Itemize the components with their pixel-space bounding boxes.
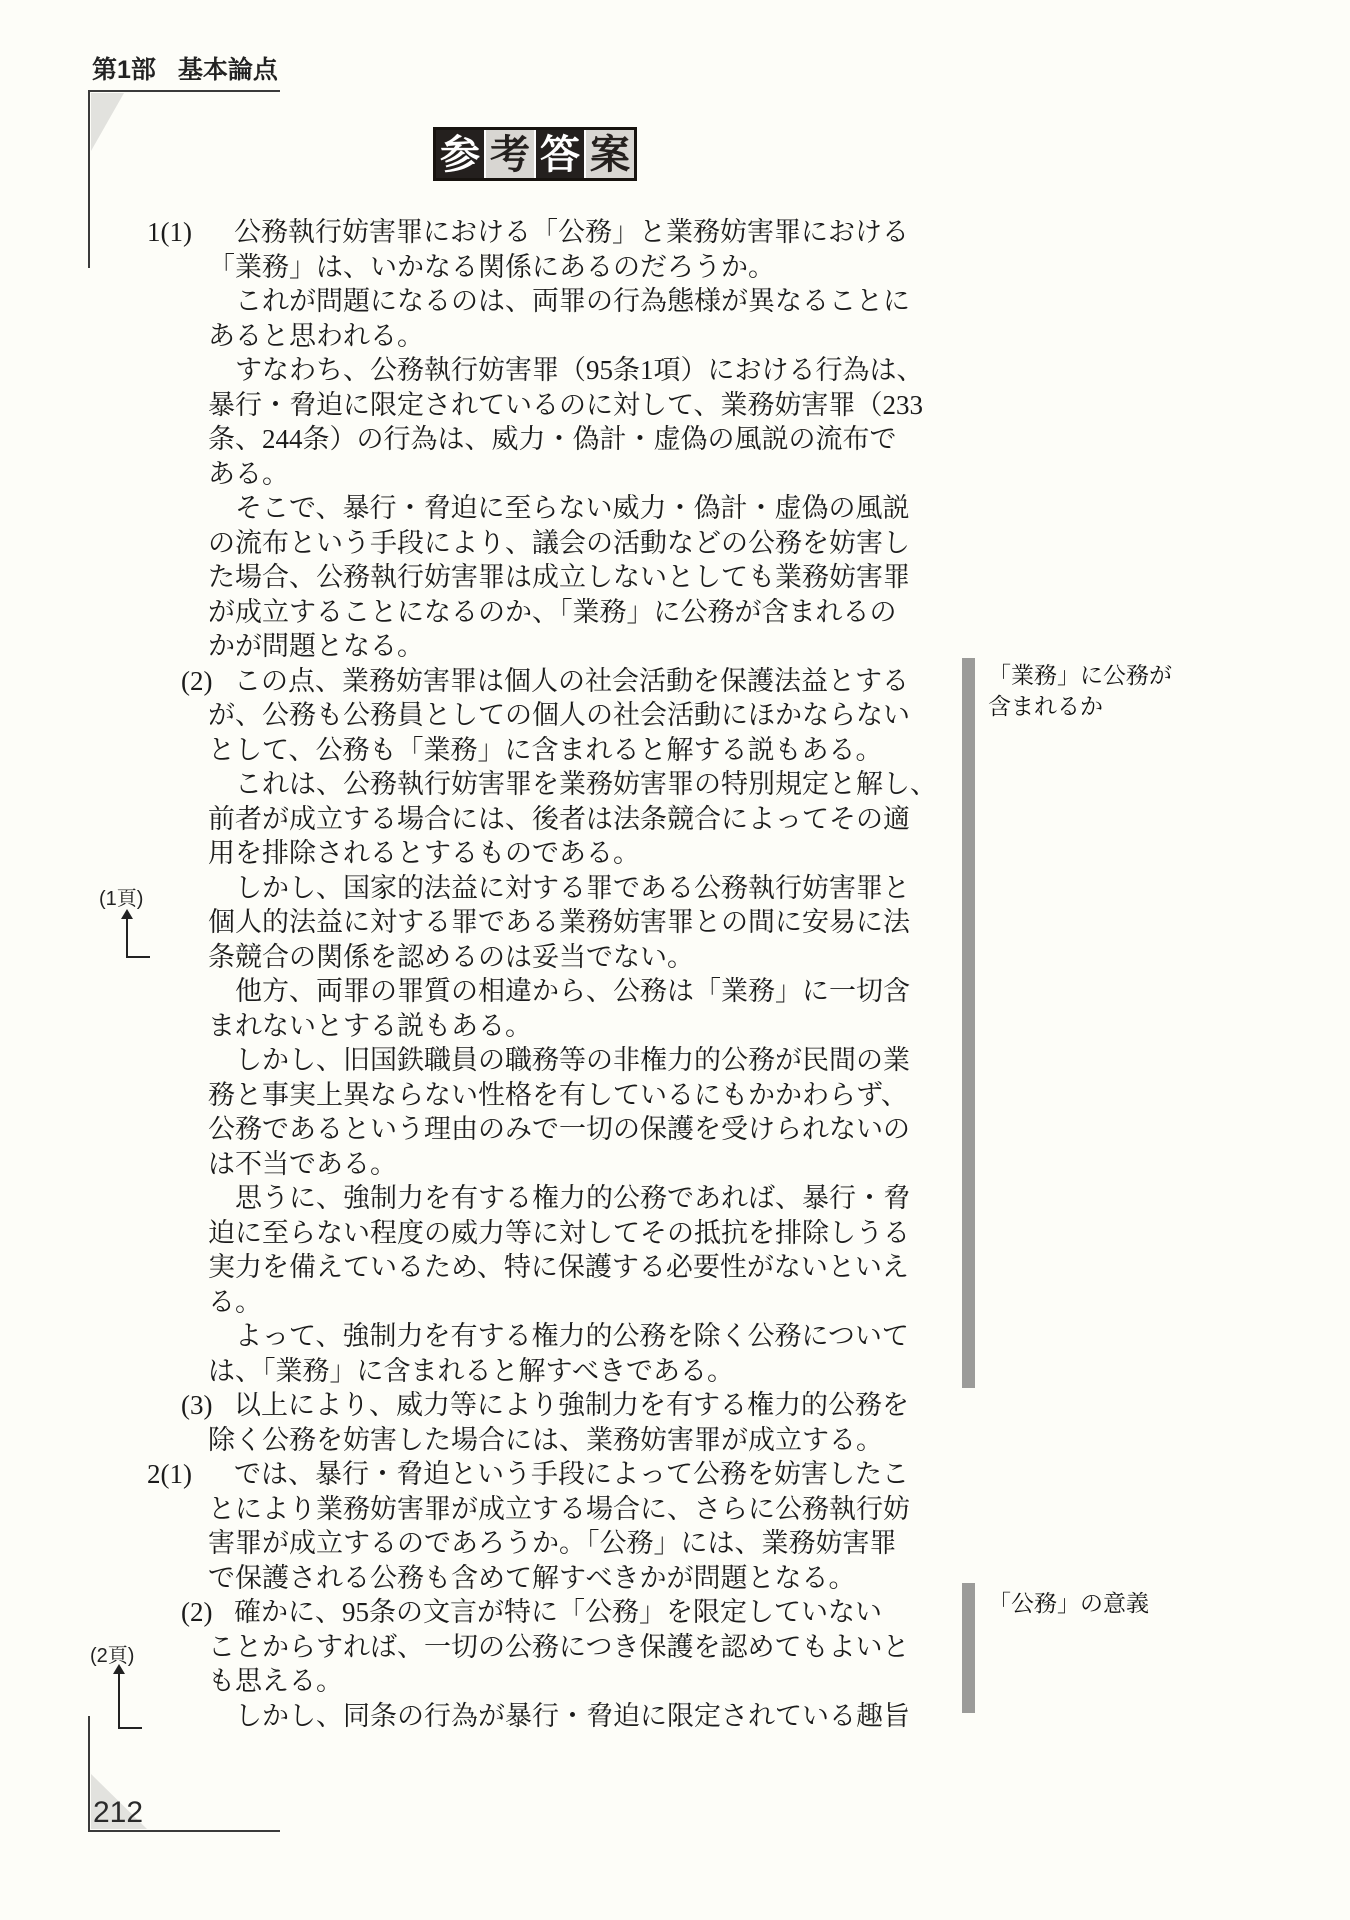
- line-text: よって、強制力を有する権力的公務を除く公務について: [208, 1319, 909, 1354]
- body-line: 用を排除されるとするものである。: [0, 836, 1000, 871]
- list-marker: (2): [181, 1595, 212, 1630]
- corner-triangle-top: [91, 93, 124, 151]
- list-marker: (2): [181, 664, 212, 699]
- body-line: ある。: [0, 457, 1000, 492]
- body-line: る。: [0, 1285, 1000, 1320]
- line-text: た場合、公務執行妨害罪は成立しないとしても業務妨害罪: [208, 560, 910, 595]
- section-label: 基本論点: [178, 56, 278, 84]
- line-text: の流布という手段により、議会の活動などの公務を妨害し: [208, 526, 910, 561]
- body-line: 他方、両罪の罪質の相違から、公務は「業務」に一切含: [0, 974, 1000, 1009]
- line-text: そこで、暴行・脅迫に至らない威力・偽計・虚偽の風説: [208, 491, 909, 526]
- answer-title-box: 参考答案: [433, 127, 637, 181]
- line-text: とにより業務妨害罪が成立する場合に、さらに公務執行妨: [208, 1492, 910, 1527]
- body-line: とにより業務妨害罪が成立する場合に、さらに公務執行妨: [0, 1492, 1000, 1527]
- body-line: (2)確かに、95条の文言が特に「公務」を限定していない: [0, 1595, 1000, 1630]
- margin-bar-2: [962, 1583, 975, 1713]
- list-marker: 2(1): [147, 1457, 192, 1492]
- body-line: が、公務も公務員としての個人の社会活動にほかならない: [0, 698, 1000, 733]
- body-line: 除く公務を妨害した場合には、業務妨害罪が成立する。: [0, 1423, 1000, 1458]
- line-text: しかし、旧国鉄職員の職務等の非権力的公務が民間の業: [208, 1043, 910, 1078]
- left-border-bottom: [88, 1716, 90, 1832]
- body-line: で保護される公務も含めて解すべきかが問題となる。: [0, 1561, 1000, 1596]
- page-marker-arrow-1: [126, 918, 150, 958]
- title-char-0: 参: [436, 130, 484, 178]
- line-text: 暴行・脅迫に限定されているのに対して、業務妨害罪（233: [208, 388, 923, 423]
- margin-note-line: 「業務」に公務が: [988, 660, 1172, 691]
- line-text: 前者が成立する場合には、後者は法条競合によってその適: [208, 802, 910, 837]
- line-text: は、「業務」に含まれると解すべきである。: [208, 1354, 734, 1389]
- running-header: 第1部基本論点: [92, 50, 278, 86]
- line-text: かが問題となる。: [208, 629, 424, 664]
- line-text: 公務執行妨害罪における「公務」と業務妨害罪における: [234, 215, 909, 250]
- line-text: まれないとする説もある。: [208, 1009, 532, 1044]
- line-text: る。: [208, 1285, 262, 1320]
- body-line: かが問題となる。: [0, 629, 1000, 664]
- body-line: しかし、旧国鉄職員の職務等の非権力的公務が民間の業: [0, 1043, 1000, 1078]
- line-text: は不当である。: [208, 1147, 397, 1182]
- body-line: 「業務」は、いかなる関係にあるのだろうか。: [0, 250, 1000, 285]
- line-text: 実力を備えているため、特に保護する必要性がないといえ: [208, 1250, 909, 1285]
- line-text: 確かに、95条の文言が特に「公務」を限定していない: [234, 1595, 882, 1630]
- line-text: 務と事実上異ならない性格を有しているにもかかわらず、: [208, 1078, 908, 1113]
- body-line: (3)以上により、威力等により強制力を有する権力的公務を: [0, 1388, 1000, 1423]
- body-line: 思うに、強制力を有する権力的公務であれば、暴行・脅: [0, 1181, 1000, 1216]
- line-text: 公務であるという理由のみで一切の保護を受けられないの: [208, 1112, 910, 1147]
- line-text: も思える。: [208, 1664, 343, 1699]
- body-line: 公務であるという理由のみで一切の保護を受けられないの: [0, 1112, 1000, 1147]
- line-text: として、公務も「業務」に含まれると解する説もある。: [208, 733, 882, 768]
- body-line: 暴行・脅迫に限定されているのに対して、業務妨害罪（233: [0, 388, 1000, 423]
- body-line: として、公務も「業務」に含まれると解する説もある。: [0, 733, 1000, 768]
- list-marker: (3): [181, 1388, 212, 1423]
- margin-bar-1: [962, 658, 975, 1388]
- line-text: で保護される公務も含めて解すべきかが問題となる。: [208, 1561, 855, 1596]
- page-marker-1: (1頁): [99, 882, 143, 911]
- line-text: 用を排除されるとするものである。: [208, 836, 640, 871]
- book-page: 第1部基本論点 参考答案 1(1)公務執行妨害罪における「公務」と業務妨害罪にお…: [0, 0, 1350, 1920]
- body-line: 務と事実上異ならない性格を有しているにもかかわらず、: [0, 1078, 1000, 1113]
- body-line: 前者が成立する場合には、後者は法条競合によってその適: [0, 802, 1000, 837]
- line-text: この点、業務妨害罪は個人の社会活動を保護法益とする: [234, 664, 909, 699]
- body-line: は不当である。: [0, 1147, 1000, 1182]
- margin-note-line: 「公務」の意義: [988, 1588, 1149, 1619]
- body-line: しかし、国家的法益に対する罪である公務執行妨害罪と: [0, 871, 1000, 906]
- line-text: 迫に至らない程度の威力等に対してその抵抗を排除しうる: [208, 1216, 910, 1251]
- part-label: 第1部: [92, 56, 156, 84]
- body-line: も思える。: [0, 1664, 1000, 1699]
- body-line: 条競合の関係を認めるのは妥当でない。: [0, 940, 1000, 975]
- footer-rule: [88, 1830, 280, 1832]
- line-text: 害罪が成立するのであろうか。「公務」には、業務妨害罪: [208, 1526, 897, 1561]
- body-line: 迫に至らない程度の威力等に対してその抵抗を排除しうる: [0, 1216, 1000, 1251]
- body-line: 条、244条）の行為は、威力・偽計・虚偽の風説の流布で: [0, 422, 1000, 457]
- margin-note-komu: 「公務」の意義: [988, 1588, 1149, 1619]
- body-line: 2(1)では、暴行・脅迫という手段によって公務を妨害したこ: [0, 1457, 1000, 1492]
- body-line: 個人的法益に対する罪である業務妨害罪との間に安易に法: [0, 905, 1000, 940]
- body-line: すなわち、公務執行妨害罪（95条1項）における行為は、: [0, 353, 1000, 388]
- line-text: 他方、両罪の罪質の相違から、公務は「業務」に一切含: [208, 974, 910, 1009]
- line-text: 条、244条）の行為は、威力・偽計・虚偽の風説の流布で: [208, 422, 897, 457]
- line-text: 思うに、強制力を有する権力的公務であれば、暴行・脅: [208, 1181, 910, 1216]
- page-marker-arrow-2: [118, 1673, 142, 1729]
- line-text: 条競合の関係を認めるのは妥当でない。: [208, 940, 694, 975]
- body-line: そこで、暴行・脅迫に至らない威力・偽計・虚偽の風説: [0, 491, 1000, 526]
- body-line: (2)この点、業務妨害罪は個人の社会活動を保護法益とする: [0, 664, 1000, 699]
- line-text: ある。: [208, 457, 289, 492]
- title-char-2: 答: [536, 130, 584, 178]
- line-text: が、公務も公務員としての個人の社会活動にほかならない: [208, 698, 910, 733]
- margin-note-business: 「業務」に公務が含まれるか: [988, 660, 1172, 722]
- answer-body: 1(1)公務執行妨害罪における「公務」と業務妨害罪における「業務」は、いかなる関…: [0, 215, 1000, 1733]
- body-line: まれないとする説もある。: [0, 1009, 1000, 1044]
- body-line: た場合、公務執行妨害罪は成立しないとしても業務妨害罪: [0, 560, 1000, 595]
- title-char-3: 案: [586, 130, 634, 178]
- body-line: が成立することになるのか、「業務」に公務が含まれるの: [0, 595, 1000, 630]
- line-text: ことからすれば、一切の公務につき保護を認めてもよいと: [208, 1630, 909, 1665]
- page-number: 212: [93, 1796, 143, 1830]
- body-line: ことからすれば、一切の公務につき保護を認めてもよいと: [0, 1630, 1000, 1665]
- body-line: 実力を備えているため、特に保護する必要性がないといえ: [0, 1250, 1000, 1285]
- line-text: 除く公務を妨害した場合には、業務妨害罪が成立する。: [208, 1423, 883, 1458]
- body-line: これが問題になるのは、両罪の行為態様が異なることに: [0, 284, 1000, 319]
- body-line: の流布という手段により、議会の活動などの公務を妨害し: [0, 526, 1000, 561]
- body-line: は、「業務」に含まれると解すべきである。: [0, 1354, 1000, 1389]
- line-text: 以上により、威力等により強制力を有する権力的公務を: [234, 1388, 909, 1423]
- body-line: よって、強制力を有する権力的公務を除く公務について: [0, 1319, 1000, 1354]
- line-text: 個人的法益に対する罪である業務妨害罪との間に安易に法: [208, 905, 910, 940]
- line-text: これは、公務執行妨害罪を業務妨害罪の特別規定と解し、: [208, 767, 937, 802]
- header-rule: [88, 90, 280, 92]
- body-line: 害罪が成立するのであろうか。「公務」には、業務妨害罪: [0, 1526, 1000, 1561]
- body-line: 1(1)公務執行妨害罪における「公務」と業務妨害罪における: [0, 215, 1000, 250]
- line-text: 「業務」は、いかなる関係にあるのだろうか。: [208, 250, 775, 285]
- list-marker: 1(1): [147, 215, 192, 250]
- body-line: これは、公務執行妨害罪を業務妨害罪の特別規定と解し、: [0, 767, 1000, 802]
- line-text: これが問題になるのは、両罪の行為態様が異なることに: [208, 284, 910, 319]
- margin-note-line: 含まれるか: [988, 691, 1172, 722]
- line-text: しかし、同条の行為が暴行・脅迫に限定されている趣旨: [208, 1699, 910, 1734]
- body-line: しかし、同条の行為が暴行・脅迫に限定されている趣旨: [0, 1699, 1000, 1734]
- line-text: では、暴行・脅迫という手段によって公務を妨害したこ: [234, 1457, 909, 1492]
- title-char-1: 考: [486, 130, 534, 178]
- line-text: が成立することになるのか、「業務」に公務が含まれるの: [208, 595, 897, 630]
- line-text: しかし、国家的法益に対する罪である公務執行妨害罪と: [208, 871, 910, 906]
- line-text: すなわち、公務執行妨害罪（95条1項）における行為は、: [208, 353, 924, 388]
- line-text: あると思われる。: [208, 319, 424, 354]
- body-line: あると思われる。: [0, 319, 1000, 354]
